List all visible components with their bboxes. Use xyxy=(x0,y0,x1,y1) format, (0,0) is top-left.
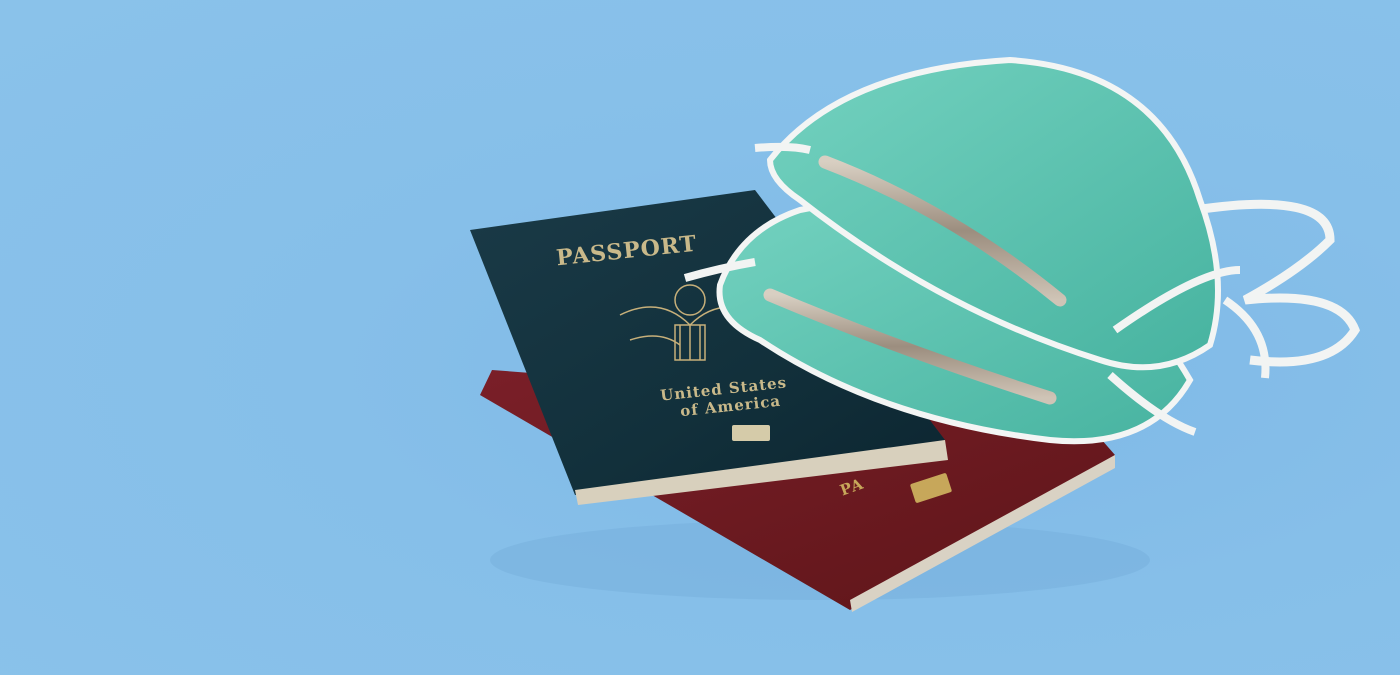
photo-scene: PASSPORT United States of America PA xyxy=(0,0,1400,675)
scene-illustration xyxy=(0,0,1400,675)
us-chip-icon xyxy=(732,425,770,441)
